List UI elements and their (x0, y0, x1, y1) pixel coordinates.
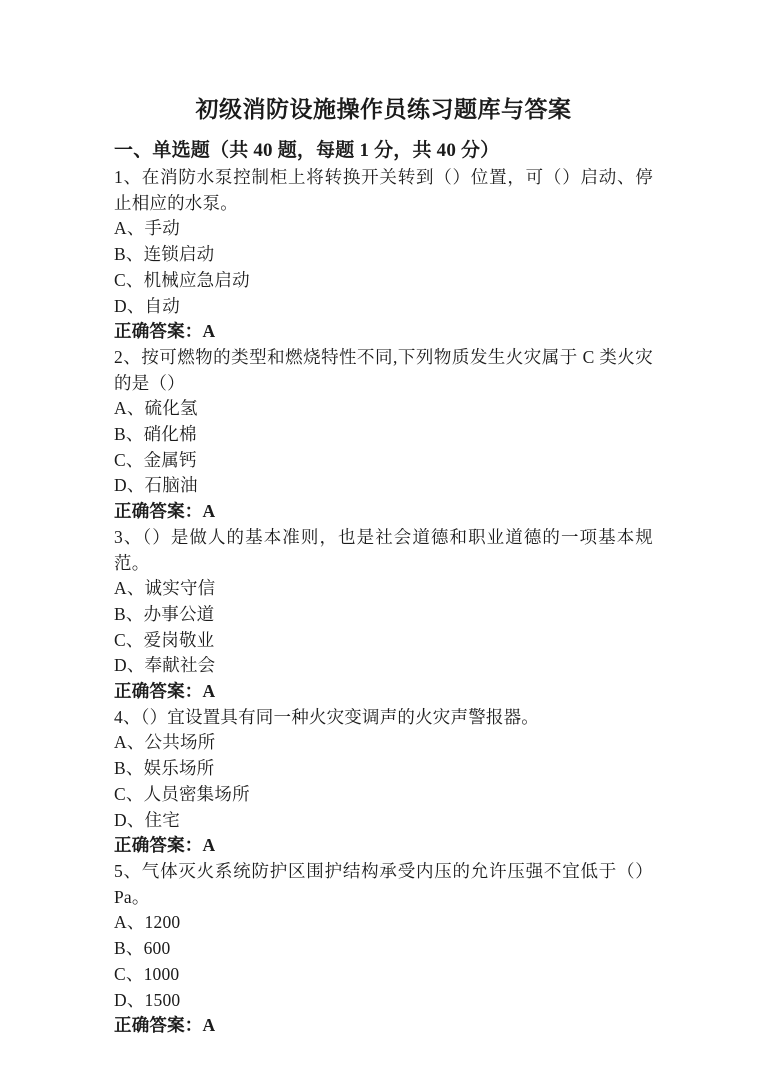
question-3-option-a: A、诚实守信 (114, 576, 653, 602)
question-5-option-c: C、1000 (114, 962, 653, 988)
question-1-correct-answer: 正确答案：A (114, 319, 653, 345)
section-heading: 一、单选题（共 40 题，每题 1 分，共 40 分） (114, 137, 653, 165)
question-4-text: 4、（）宜设置具有同一种火灾变调声的火灾声警报器。 (114, 705, 653, 731)
question-2: 2、按可燃物的类型和燃烧特性不同,下列物质发生火灾属于 C 类火灾的是（） A、… (114, 345, 653, 525)
question-3-text: 3、（）是做人的基本准则，也是社会道德和职业道德的一项基本规范。 (114, 525, 653, 576)
question-4-option-d: D、住宅 (114, 808, 653, 834)
question-2-option-c: C、金属钙 (114, 448, 653, 474)
question-2-option-d: D、石脑油 (114, 473, 653, 499)
question-5-correct-answer: 正确答案：A (114, 1013, 653, 1039)
question-1-option-c: C、机械应急启动 (114, 268, 653, 294)
question-2-correct-answer: 正确答案：A (114, 499, 653, 525)
question-1: 1、在消防水泵控制柜上将转换开关转到（）位置，可（）启动、停止相应的水泵。 A、… (114, 165, 653, 345)
page-title: 初级消防设施操作员练习题库与答案 (114, 94, 653, 126)
question-4-option-b: B、娱乐场所 (114, 756, 653, 782)
question-2-option-b: B、硝化棉 (114, 422, 653, 448)
question-4-option-a: A、公共场所 (114, 730, 653, 756)
question-5-option-b: B、600 (114, 936, 653, 962)
question-5: 5、气体灭火系统防护区围护结构承受内压的允许压强不宜低于（）Pa。 A、1200… (114, 859, 653, 1039)
question-5-option-d: D、1500 (114, 988, 653, 1014)
document-page: 初级消防设施操作员练习题库与答案 一、单选题（共 40 题，每题 1 分，共 4… (0, 0, 763, 1080)
question-5-text: 5、气体灭火系统防护区围护结构承受内压的允许压强不宜低于（）Pa。 (114, 859, 653, 910)
question-3: 3、（）是做人的基本准则，也是社会道德和职业道德的一项基本规范。 A、诚实守信 … (114, 525, 653, 705)
question-4-correct-answer: 正确答案：A (114, 833, 653, 859)
question-3-correct-answer: 正确答案：A (114, 679, 653, 705)
question-1-option-a: A、手动 (114, 216, 653, 242)
question-5-option-a: A、1200 (114, 910, 653, 936)
question-4-option-c: C、人员密集场所 (114, 782, 653, 808)
question-2-text: 2、按可燃物的类型和燃烧特性不同,下列物质发生火灾属于 C 类火灾的是（） (114, 345, 653, 396)
question-3-option-d: D、奉献社会 (114, 653, 653, 679)
question-2-option-a: A、硫化氢 (114, 396, 653, 422)
question-3-option-b: B、办事公道 (114, 602, 653, 628)
question-3-option-c: C、爱岗敬业 (114, 628, 653, 654)
question-4: 4、（）宜设置具有同一种火灾变调声的火灾声警报器。 A、公共场所 B、娱乐场所 … (114, 705, 653, 859)
question-1-option-b: B、连锁启动 (114, 242, 653, 268)
question-1-text: 1、在消防水泵控制柜上将转换开关转到（）位置，可（）启动、停止相应的水泵。 (114, 165, 653, 216)
question-1-option-d: D、自动 (114, 294, 653, 320)
